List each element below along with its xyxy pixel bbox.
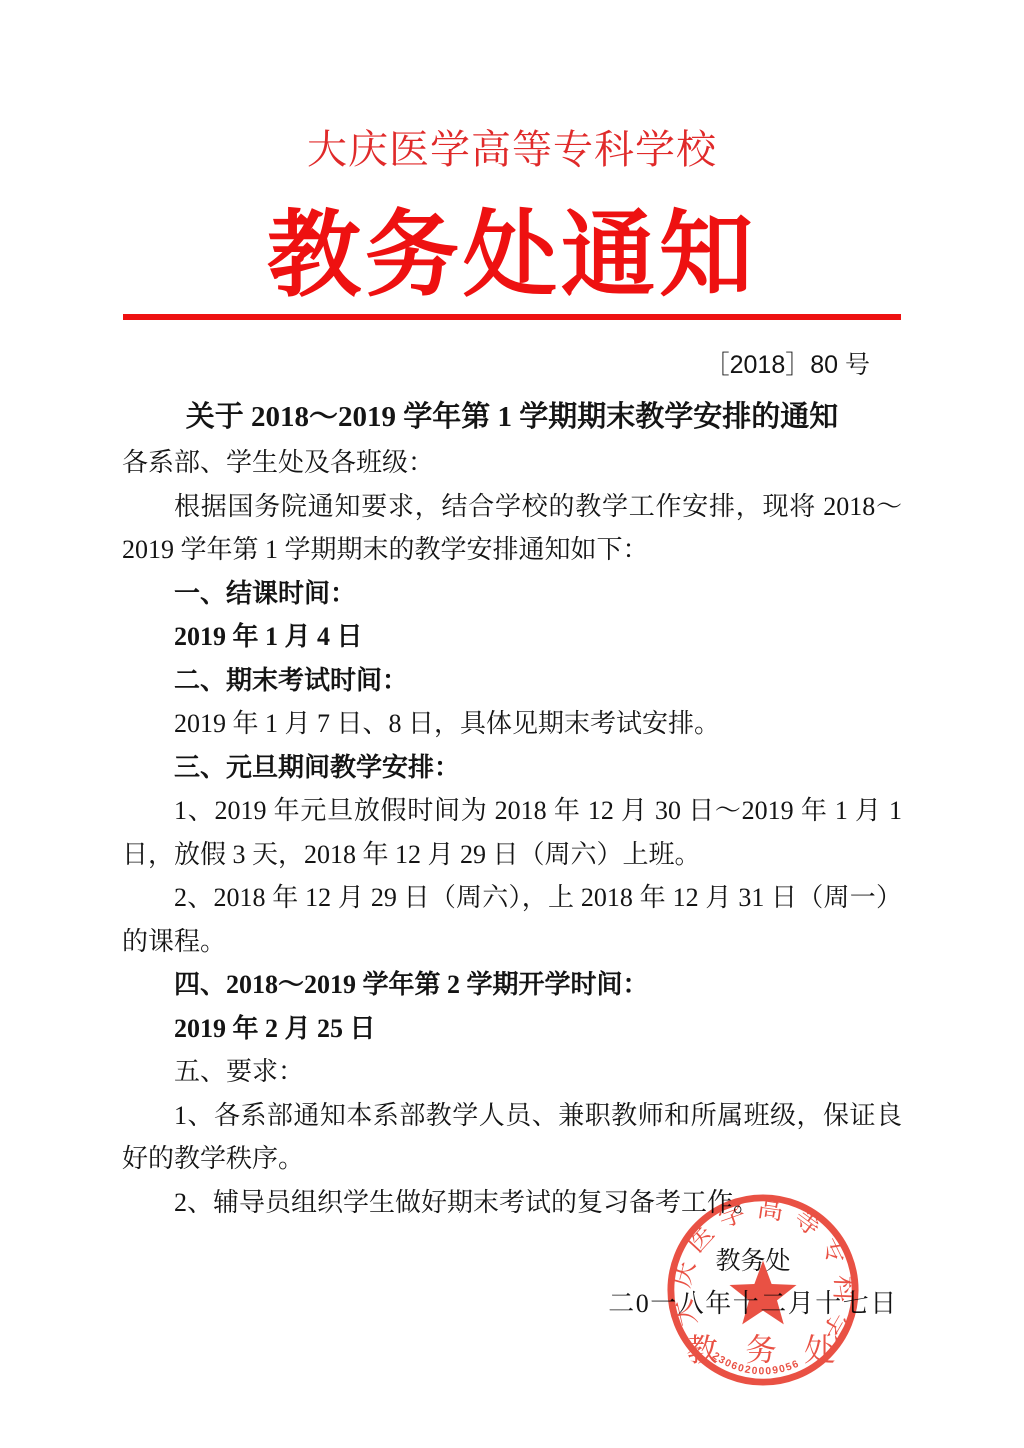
- body-paragraph: 2、2018 年 12 月 29 日（周六），上 2018 年 12 月 31 …: [122, 876, 902, 963]
- school-name: 大庆医学高等专科学校: [0, 0, 1024, 174]
- body-paragraph: 1、2019 年元旦放假时间为 2018 年 12 月 30 日～2019 年 …: [122, 789, 902, 876]
- body-paragraph: 根据国务院通知要求，结合学校的教学工作安排，现将 2018～2019 学年第 1…: [122, 485, 902, 572]
- official-stamp: 大庆医学高等专科学校 教务处 2306020009056: [665, 1192, 861, 1388]
- body-paragraph: 2019 年 1 月 4 日: [122, 615, 902, 659]
- notice-title: 关于 2018～2019 学年第 1 学期期末教学安排的通知: [0, 399, 1024, 435]
- body-paragraph: 五、要求：: [122, 1050, 902, 1094]
- notice-body: 各系部、学生处及各班级：根据国务院通知要求，结合学校的教学工作安排，现将 201…: [122, 441, 902, 1224]
- masthead-title: 教务处通知: [0, 210, 1024, 300]
- body-paragraph: 2019 年 2 月 25 日: [122, 1007, 902, 1051]
- star-icon: [729, 1261, 796, 1325]
- notice-document-page: 大庆医学高等专科学校 教务处通知 ［2018］80 号 关于 2018～2019…: [0, 0, 1024, 1448]
- body-paragraph: 一、结课时间：: [122, 572, 902, 616]
- body-paragraph: 三、元旦期间教学安排：: [122, 746, 902, 790]
- body-paragraph: 二、期末考试时间：: [122, 659, 902, 703]
- body-paragraph: 2019 年 1 月 7 日、8 日，具体见期末考试安排。: [122, 702, 902, 746]
- document-number: ［2018］80 号: [0, 352, 1024, 378]
- stamp-office-label: 教务处: [687, 1333, 861, 1368]
- stamp-graphic: 大庆医学高等专科学校 教务处 2306020009056: [665, 1192, 861, 1388]
- body-paragraph: 各系部、学生处及各班级：: [122, 441, 902, 485]
- masthead-rule: [123, 314, 901, 320]
- body-paragraph: 四、2018～2019 学年第 2 学期开学时间：: [122, 963, 902, 1007]
- body-paragraph: 1、各系部通知本系部教学人员、兼职教师和所属班级，保证良好的教学秩序。: [122, 1094, 902, 1181]
